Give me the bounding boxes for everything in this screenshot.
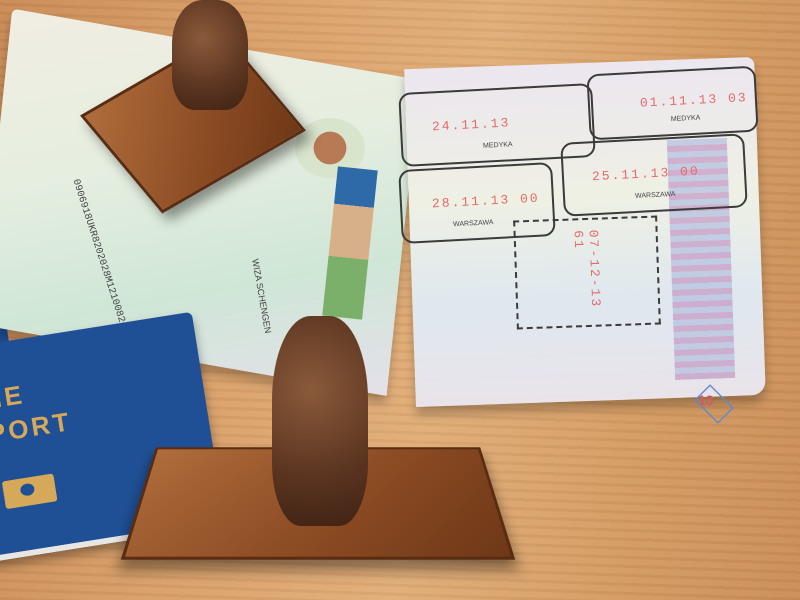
- border-stamp: 01.11.13 03 MEDYKA: [586, 66, 758, 141]
- stamp-city: MEDYKA: [671, 115, 701, 124]
- stamp-date: 28.11.13 00: [432, 191, 540, 212]
- stamp-city: WARSZAWA: [635, 191, 676, 200]
- stamp-date: 01.11.13 03: [640, 90, 748, 111]
- stamp-city: WARSZAWA: [453, 219, 494, 228]
- page-number: 13: [698, 392, 714, 408]
- border-stamp: 25.11.13 00 WARSZAWA: [560, 133, 748, 217]
- stamp-date: 07-12-13 61: [571, 230, 604, 326]
- passport-cover-text: PORT: [0, 406, 74, 450]
- rubber-stamp-handle: [172, 0, 248, 110]
- stamp-date: 24.11.13: [432, 115, 511, 134]
- passport-cover-text: NE: [0, 379, 27, 416]
- biometric-chip-icon: [2, 473, 58, 509]
- rubber-stamp-handle: [272, 316, 368, 526]
- stamp-date: 25.11.13 00: [592, 164, 700, 185]
- stamp-city: MEDYKA: [483, 141, 513, 150]
- border-stamp: 07-12-13 61: [513, 216, 661, 330]
